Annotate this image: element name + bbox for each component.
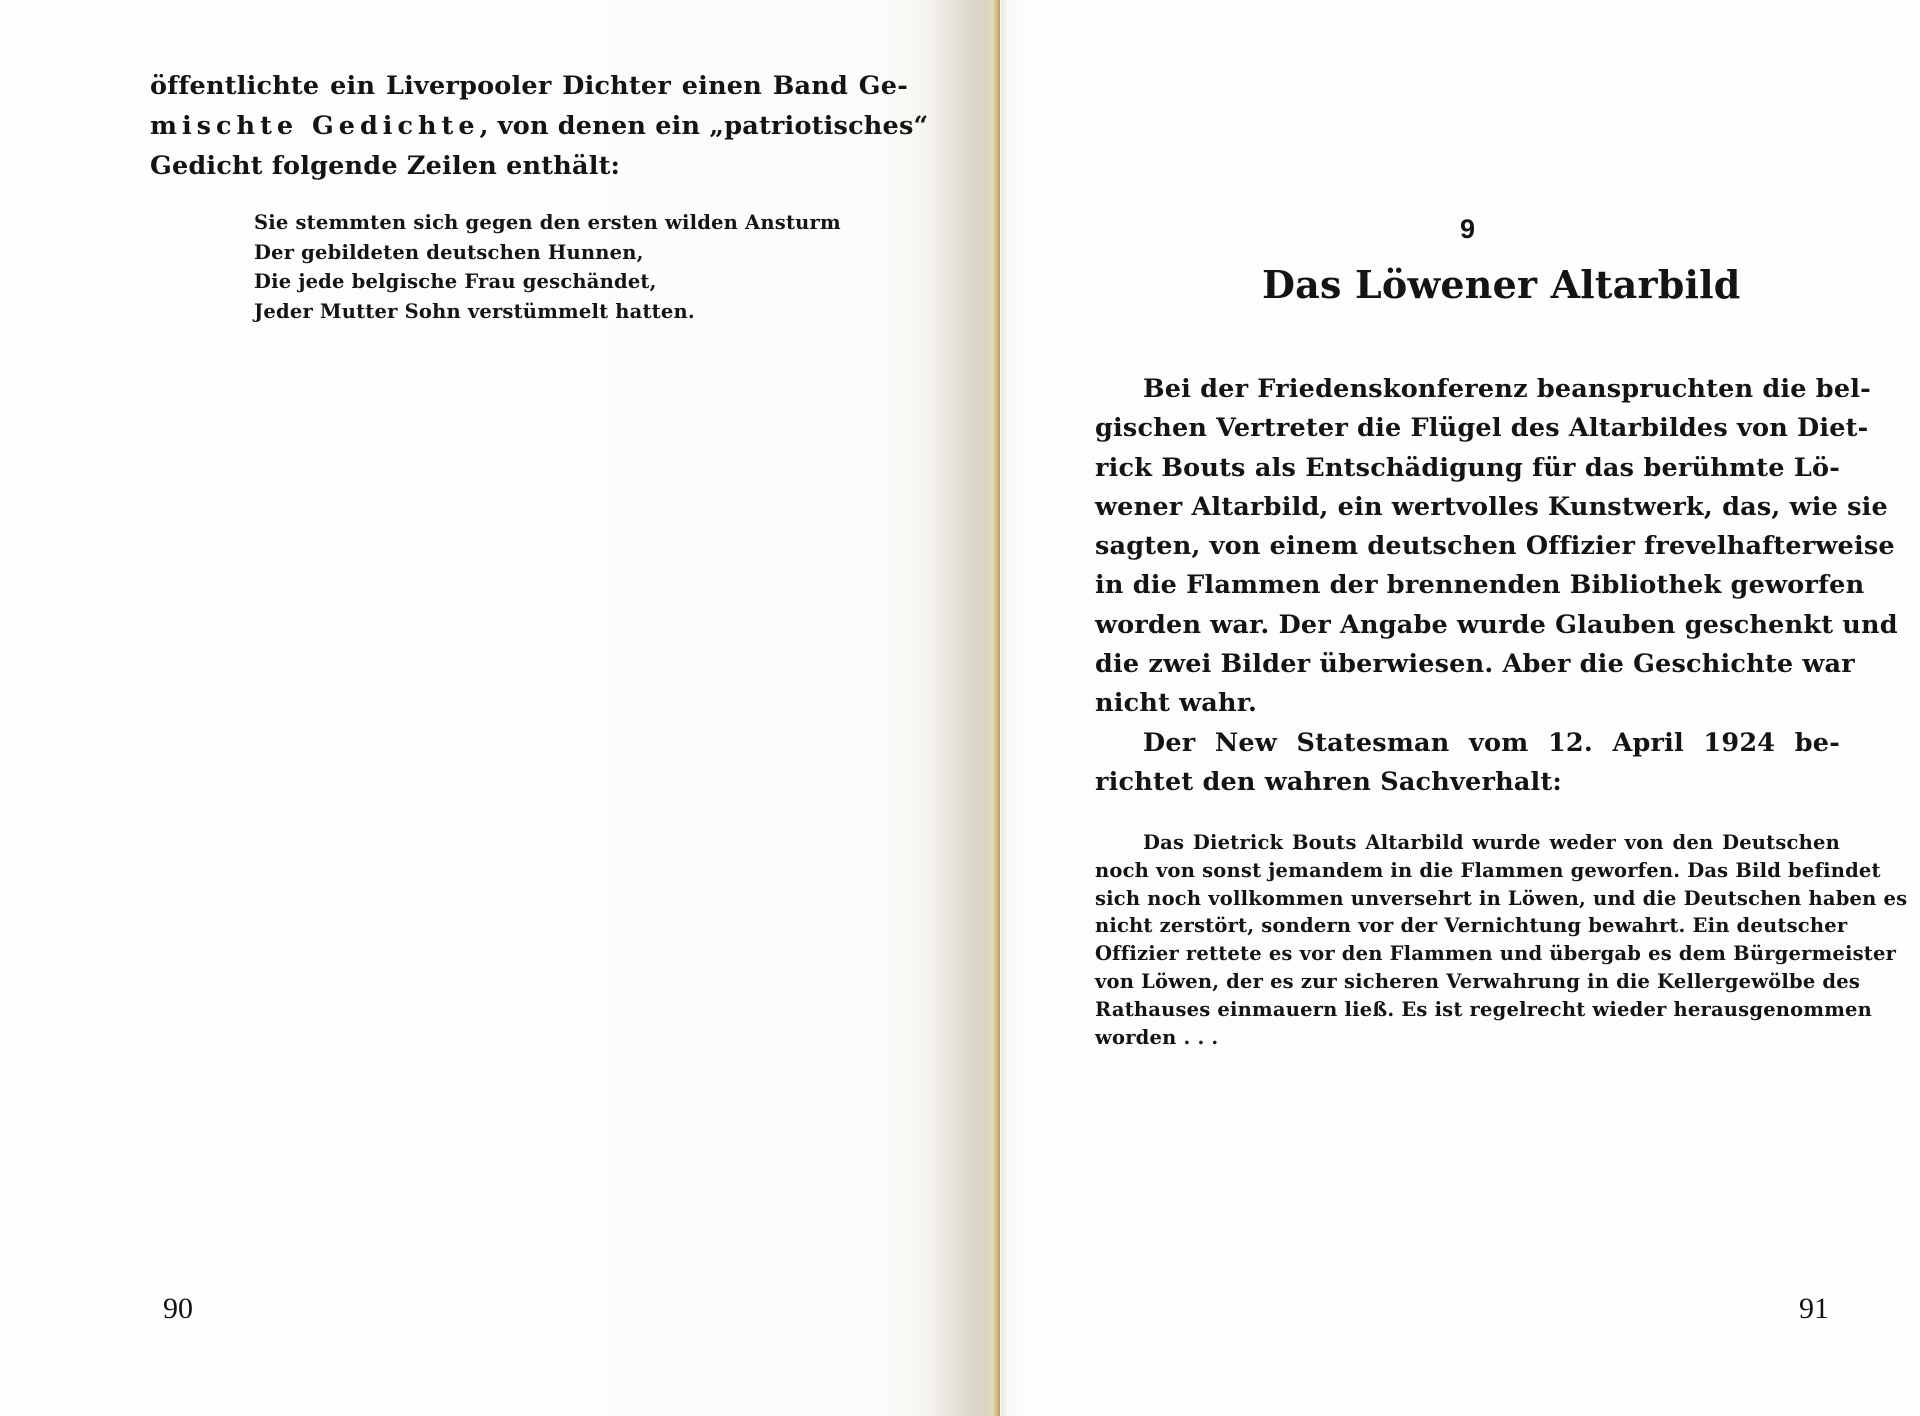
chapter-number: 9 xyxy=(1460,214,1475,245)
quote-line: nicht zerstört, sondern vor der Vernicht… xyxy=(1095,912,1840,940)
text-line: sagten, von einem deutschen Offizier fre… xyxy=(1095,527,1840,566)
quote-line: worden . . . xyxy=(1095,1024,1840,1052)
quote-line: sich noch vollkommen unversehrt in Löwen… xyxy=(1095,885,1840,913)
left-page: öffentlichte ein Liverpooler Dichter ein… xyxy=(0,0,1000,1416)
quote-line: noch von sonst jemandem in die Flammen g… xyxy=(1095,857,1840,885)
text-line: Bei der Friedenskonferenz beanspruchten … xyxy=(1095,370,1840,409)
text-line: öffentlichte ein Liverpooler Dichter ein… xyxy=(150,66,908,106)
poem-block: Sie stemmten sich gegen den ersten wilde… xyxy=(254,208,841,326)
poem-line: Sie stemmten sich gegen den ersten wilde… xyxy=(254,208,841,238)
page-number-left: 90 xyxy=(163,1292,193,1326)
text-line: nicht wahr. xyxy=(1095,684,1840,723)
text-line: in die Flammen der brennenden Bibliothek… xyxy=(1095,566,1840,605)
text-line: wener Altarbild, ein wertvolles Kunstwer… xyxy=(1095,488,1840,527)
text-line: die zwei Bilder überwiesen. Aber die Ges… xyxy=(1095,645,1840,684)
quote-line: von Löwen, der es zur sicheren Verwahrun… xyxy=(1095,968,1840,996)
page-number-right: 91 xyxy=(1799,1292,1829,1326)
show-through-text xyxy=(150,190,157,228)
poem-line: Jeder Mutter Sohn verstümmelt hatten. xyxy=(254,297,841,327)
quote-line: Das Dietrick Bouts Altarbild wurde weder… xyxy=(1095,829,1840,857)
poem-line: Der gebildeten deutschen Hunnen, xyxy=(254,238,841,268)
text-line: Der New Statesman vom 12. April 1924 be- xyxy=(1095,724,1840,763)
spaced-title: mischte Gedichte xyxy=(150,111,480,141)
text-line-rest: , von denen ein „patriotisches“ xyxy=(480,111,929,141)
quoted-block: Das Dietrick Bouts Altarbild wurde weder… xyxy=(1095,829,1840,1051)
text-line: Gedicht folgende Zeilen enthält: xyxy=(150,146,908,186)
right-paragraph: Bei der Friedenskonferenz beanspruchten … xyxy=(1095,370,1840,802)
quote-line: Offizier rettete es vor den Flammen und … xyxy=(1095,940,1840,968)
text-line: worden war. Der Angabe wurde Glauben ges… xyxy=(1095,606,1840,645)
text-line: richtet den wahren Sachverhalt: xyxy=(1095,763,1840,802)
text-line: gischen Vertreter die Flügel des Altarbi… xyxy=(1095,409,1840,448)
left-paragraph: öffentlichte ein Liverpooler Dichter ein… xyxy=(150,66,908,186)
poem-line: Die jede belgische Frau geschändet, xyxy=(254,267,841,297)
text-line-spaced: mischte Gedichte, von denen ein „patriot… xyxy=(150,106,908,146)
quote-line: Rathauses einmauern ließ. Es ist regelre… xyxy=(1095,996,1840,1024)
chapter-title: Das Löwener Altarbild xyxy=(1262,262,1682,307)
text-line: rick Bouts als Entschädigung für das ber… xyxy=(1095,449,1840,488)
